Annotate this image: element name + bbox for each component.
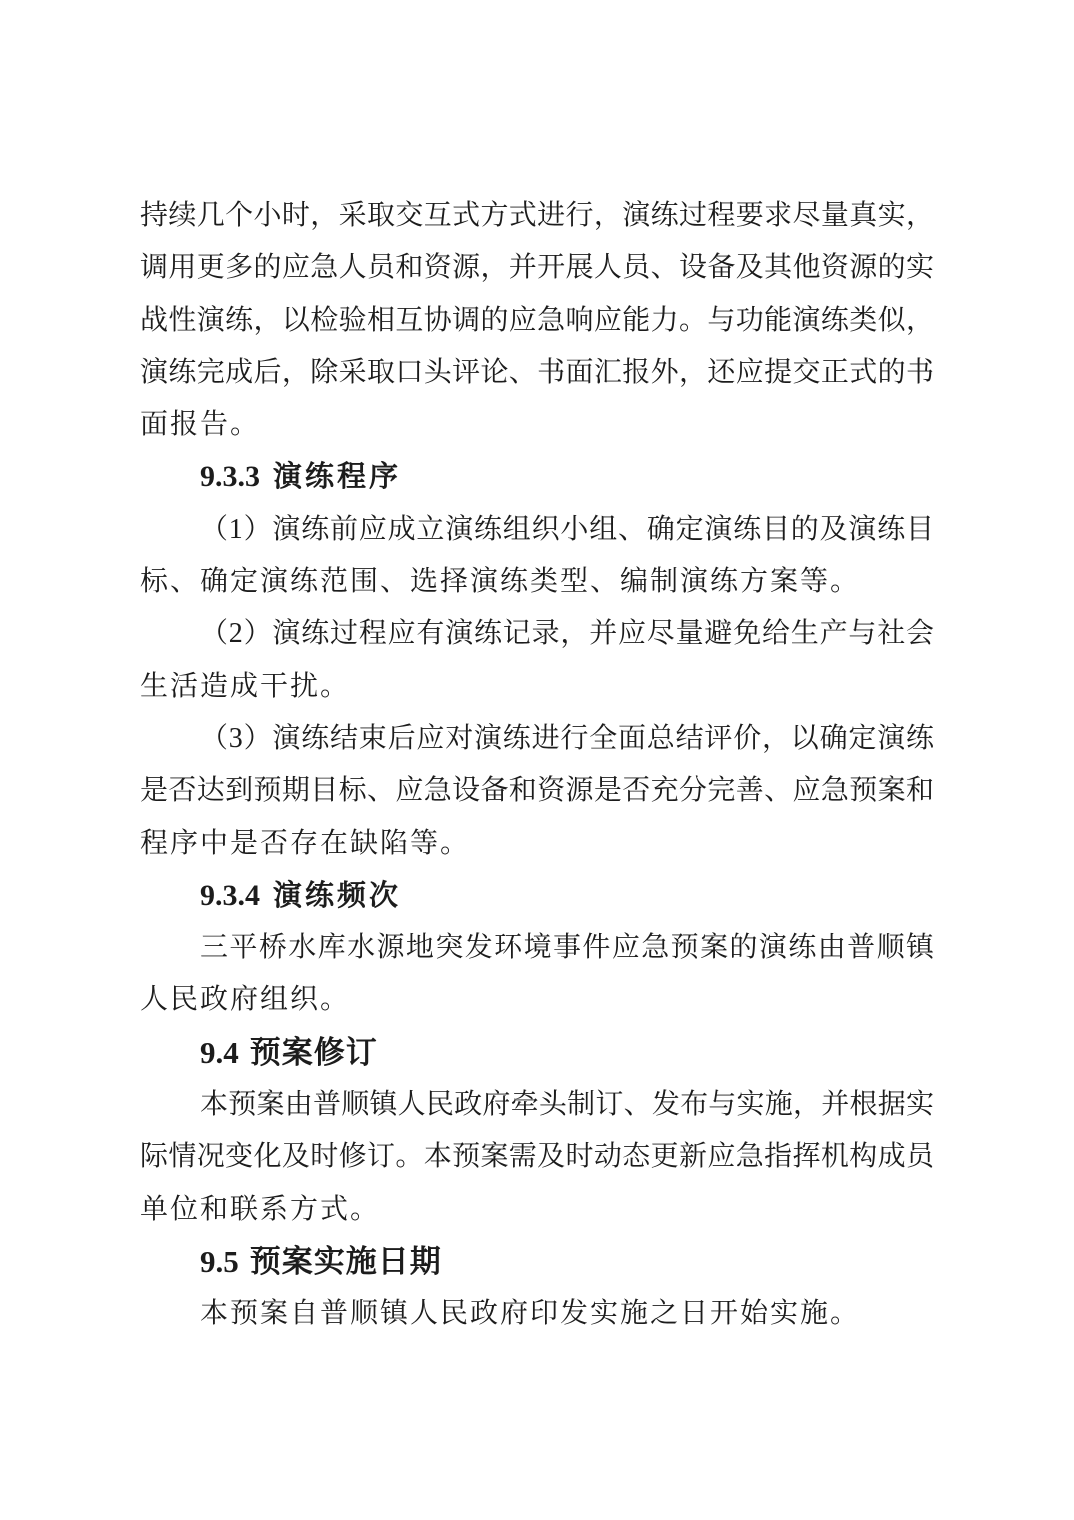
- body-line: 人民政府组织。: [140, 974, 934, 1026]
- document-content: 持续几个小时，采取交互式方式进行，演练过程要求尽量真实， 调用更多的应急人员和资…: [140, 190, 934, 1341]
- heading-number: 9.3.4: [200, 879, 260, 912]
- body-line: 本预案自普顺镇人民政府印发实施之日开始实施。: [140, 1288, 934, 1340]
- heading-number: 9.5: [200, 1244, 239, 1279]
- heading-9-5: 9.5预案实施日期: [140, 1236, 934, 1288]
- body-line: （2）演练过程应有演练记录，并应尽量避免给生产与社会: [140, 608, 934, 660]
- heading-number: 9.3.3: [200, 460, 260, 493]
- body-line: 持续几个小时，采取交互式方式进行，演练过程要求尽量真实，: [140, 190, 934, 242]
- heading-title: 演练频次: [273, 880, 401, 912]
- document-page: 持续几个小时，采取交互式方式进行，演练过程要求尽量真实， 调用更多的应急人员和资…: [0, 0, 1074, 1520]
- body-line: 生活造成干扰。: [140, 661, 934, 713]
- heading-9-3-4: 9.3.4演练频次: [140, 870, 934, 922]
- body-line: 三平桥水库水源地突发环境事件应急预案的演练由普顺镇: [140, 922, 934, 974]
- body-line: 面报告。: [140, 399, 934, 451]
- body-line: （1）演练前应成立演练组织小组、确定演练目的及演练目: [140, 504, 934, 556]
- heading-title: 演练程序: [273, 461, 401, 493]
- body-line: 是否达到预期目标、应急设备和资源是否充分完善、应急预案和: [140, 765, 934, 817]
- body-line: 单位和联系方式。: [140, 1184, 934, 1236]
- body-line: （3）演练结束后应对演练进行全面总结评价，以确定演练: [140, 713, 934, 765]
- heading-title: 预案修订: [250, 1035, 378, 1070]
- heading-9-3-3: 9.3.3演练程序: [140, 451, 934, 503]
- body-line: 程序中是否存在缺陷等。: [140, 818, 934, 870]
- body-line: 标、确定演练范围、选择演练类型、编制演练方案等。: [140, 556, 934, 608]
- body-line: 演练完成后，除采取口头评论、书面汇报外，还应提交正式的书: [140, 347, 934, 399]
- body-line: 本预案由普顺镇人民政府牵头制订、发布与实施，并根据实: [140, 1079, 934, 1131]
- body-line: 战性演练，以检验相互协调的应急响应能力。与功能演练类似，: [140, 295, 934, 347]
- body-line: 调用更多的应急人员和资源，并开展人员、设备及其他资源的实: [140, 242, 934, 294]
- heading-title: 预案实施日期: [250, 1244, 442, 1279]
- heading-9-4: 9.4预案修订: [140, 1027, 934, 1079]
- heading-number: 9.4: [200, 1035, 239, 1070]
- body-line: 际情况变化及时修订。本预案需及时动态更新应急指挥机构成员: [140, 1131, 934, 1183]
